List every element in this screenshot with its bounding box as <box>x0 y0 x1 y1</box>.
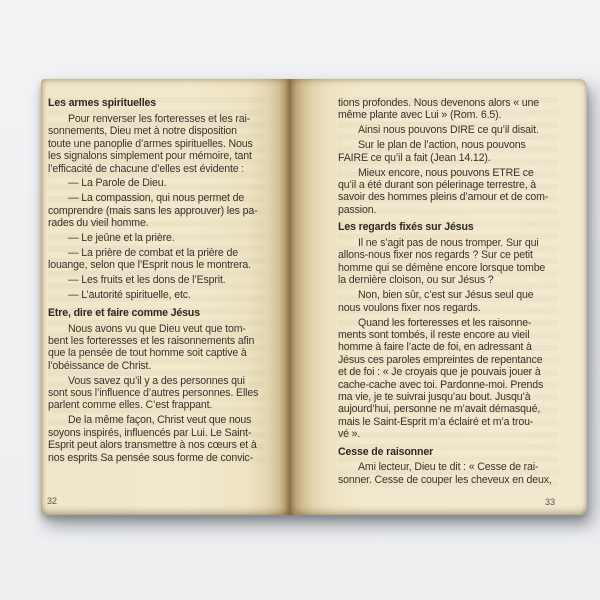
paragraph: — La prière de combat et la prière delou… <box>48 247 265 272</box>
paragraph: — L’autorité spirituelle, etc. <box>48 289 265 301</box>
text-line: — La compassion, qui nous permet de <box>48 192 265 204</box>
text-line: FAIRE ce qu’il a fait (Jean 14.12). <box>338 152 558 164</box>
text-line: sont sous l’influence d’autres personnes… <box>48 387 265 399</box>
paragraph: — La Parole de Dieu. <box>48 177 265 189</box>
open-book: Les armes spirituellesPour renverser les… <box>41 79 587 515</box>
text-line: parlent comme elles. C’est frappant. <box>48 399 265 411</box>
text-line: cache-cache avec toi. Pardonne-moi. Pren… <box>338 379 558 391</box>
paragraph: Ami lecteur, Dieu te dit : « Cesse de ra… <box>338 461 558 486</box>
text-line: Sur le plan de l’action, nous pouvons <box>338 139 558 151</box>
text-line: Esprit peut alors transmettre à nos cœur… <box>48 439 265 451</box>
text-line: rades du vieil homme. <box>48 217 265 229</box>
paragraph: Nous avons vu que Dieu veut que tom-bent… <box>48 323 265 373</box>
text-line: allons-nous fixer nos regards ? Sur ce p… <box>338 249 558 261</box>
text-line: Ainsi nous pouvons DIRE ce qu’il disait. <box>338 124 558 136</box>
paragraph: Quand les forteresses et les raisonne-me… <box>338 317 558 441</box>
text-line: Les armes spirituelles <box>48 97 265 109</box>
text-line: sonner. Cesse de couper les cheveux en d… <box>338 474 558 486</box>
text-line: comprendre (mais sans les approuver) les… <box>48 205 265 217</box>
text-line: Nous avons vu que Dieu veut que tom- <box>48 323 265 335</box>
text-line: même plante avec Lui » (Rom. 6.5). <box>338 109 558 121</box>
text-line: et de foi : « Je croyais que je pouvais … <box>338 366 558 378</box>
paragraph: Vous savez qu’il y a des personnes quiso… <box>48 375 265 412</box>
text-line: Jésus ces paroles empreintes de repentan… <box>338 354 558 366</box>
text-line: mais le Saint-Esprit m’a éclairé et m’a … <box>338 416 558 428</box>
paragraph: Il ne s’agit pas de nous tromper. Sur qu… <box>338 237 558 287</box>
text-line: Cesse de raisonner <box>338 446 558 458</box>
text-line: Etre, dire et faire comme Jésus <box>48 307 265 319</box>
text-line: — Le jeûne et la prière. <box>48 232 265 244</box>
text-line: nous voulons fixer nos regards. <box>338 302 558 314</box>
text-line: les signalons simplement pour mémoire, t… <box>48 150 265 162</box>
text-line: — La prière de combat et la prière de <box>48 247 265 259</box>
text-line: Vous savez qu’il y a des personnes qui <box>48 375 265 387</box>
text-line: homme qui se démène encore lorsque tombe <box>338 262 558 274</box>
text-line: ma vie, je te suivrai jusqu’au bout. Jus… <box>338 391 558 403</box>
right-page-text: tions profondes. Nous devenons alors « u… <box>338 97 558 489</box>
text-line: que la pensée de tout homme soit captive… <box>48 347 265 359</box>
text-line: sonnements, Dieu met à notre disposition <box>48 125 265 137</box>
text-line: homme à faire l’acte de foi, en adressan… <box>338 341 558 353</box>
text-line: la dernière cloison, ou sur Jésus ? <box>338 274 558 286</box>
page-number-right: 33 <box>545 497 555 507</box>
section-heading: Les regards fixés sur Jésus <box>338 221 558 233</box>
text-line: nos esprits Sa pensée sous forme de conv… <box>48 452 265 464</box>
paragraph: Non, bien sûr, c’est sur Jésus seul quen… <box>338 289 558 314</box>
paragraph: Ainsi nous pouvons DIRE ce qu’il disait. <box>338 124 558 136</box>
paragraph: De la même façon, Christ veut que nousso… <box>48 414 265 464</box>
text-line: vé ». <box>338 428 558 440</box>
text-line: l’obéissance de Christ. <box>48 360 265 372</box>
text-line: ments sont tombés, il reste encore au vi… <box>338 329 558 341</box>
text-line: Pour renverser les forteresses et les ra… <box>48 113 265 125</box>
text-line: Il ne s’agit pas de nous tromper. Sur qu… <box>338 237 558 249</box>
text-line: soyons inspirés, influencés par Lui. Le … <box>48 427 265 439</box>
text-line: Non, bien sûr, c’est sur Jésus seul que <box>338 289 558 301</box>
paragraph: Mieux encore, nous pouvons ETRE cequ’il … <box>338 167 558 217</box>
text-line: toute une panoplie d’armes spirituelles.… <box>48 138 265 150</box>
section-heading: Cesse de raisonner <box>338 446 558 458</box>
paragraph: tions profondes. Nous devenons alors « u… <box>338 97 558 122</box>
text-line: — L’autorité spirituelle, etc. <box>48 289 265 301</box>
text-line: Ami lecteur, Dieu te dit : « Cesse de ra… <box>338 461 558 473</box>
section-heading: Etre, dire et faire comme Jésus <box>48 307 265 319</box>
photo-background: Les armes spirituellesPour renverser les… <box>0 0 600 600</box>
text-line: tions profondes. Nous devenons alors « u… <box>338 97 558 109</box>
paragraph: — Le jeûne et la prière. <box>48 232 265 244</box>
text-line: louange, selon que l’Esprit nous le mont… <box>48 259 265 271</box>
text-line: savoir des hommes pleins d’amour et de c… <box>338 191 558 203</box>
text-line: — Les fruits et les dons de l’Esprit. <box>48 274 265 286</box>
text-line: Les regards fixés sur Jésus <box>338 221 558 233</box>
text-line: bent les forteresses et les raisonnement… <box>48 335 265 347</box>
paragraph: — La compassion, qui nous permet decompr… <box>48 192 265 229</box>
text-line: Mieux encore, nous pouvons ETRE ce <box>338 167 558 179</box>
paragraph: — Les fruits et les dons de l’Esprit. <box>48 274 265 286</box>
text-line: qu’il a été durant son pélerinage terres… <box>338 179 558 191</box>
text-line: De la même façon, Christ veut que nous <box>48 414 265 426</box>
section-heading: Les armes spirituelles <box>48 97 265 109</box>
text-line: — La Parole de Dieu. <box>48 177 265 189</box>
page-number-left: 32 <box>47 496 57 506</box>
text-line: Quand les forteresses et les raisonne- <box>338 317 558 329</box>
text-line: passion. <box>338 204 558 216</box>
text-line: l’efficacité de chacune d’elles est évid… <box>48 163 265 175</box>
left-page-text: Les armes spirituellesPour renverser les… <box>48 97 265 466</box>
text-line: aujourd’hui, personne ne m’avait démasqu… <box>338 403 558 415</box>
paragraph: Sur le plan de l’action, nous pouvonsFAI… <box>338 139 558 164</box>
paragraph: Pour renverser les forteresses et les ra… <box>48 113 265 175</box>
